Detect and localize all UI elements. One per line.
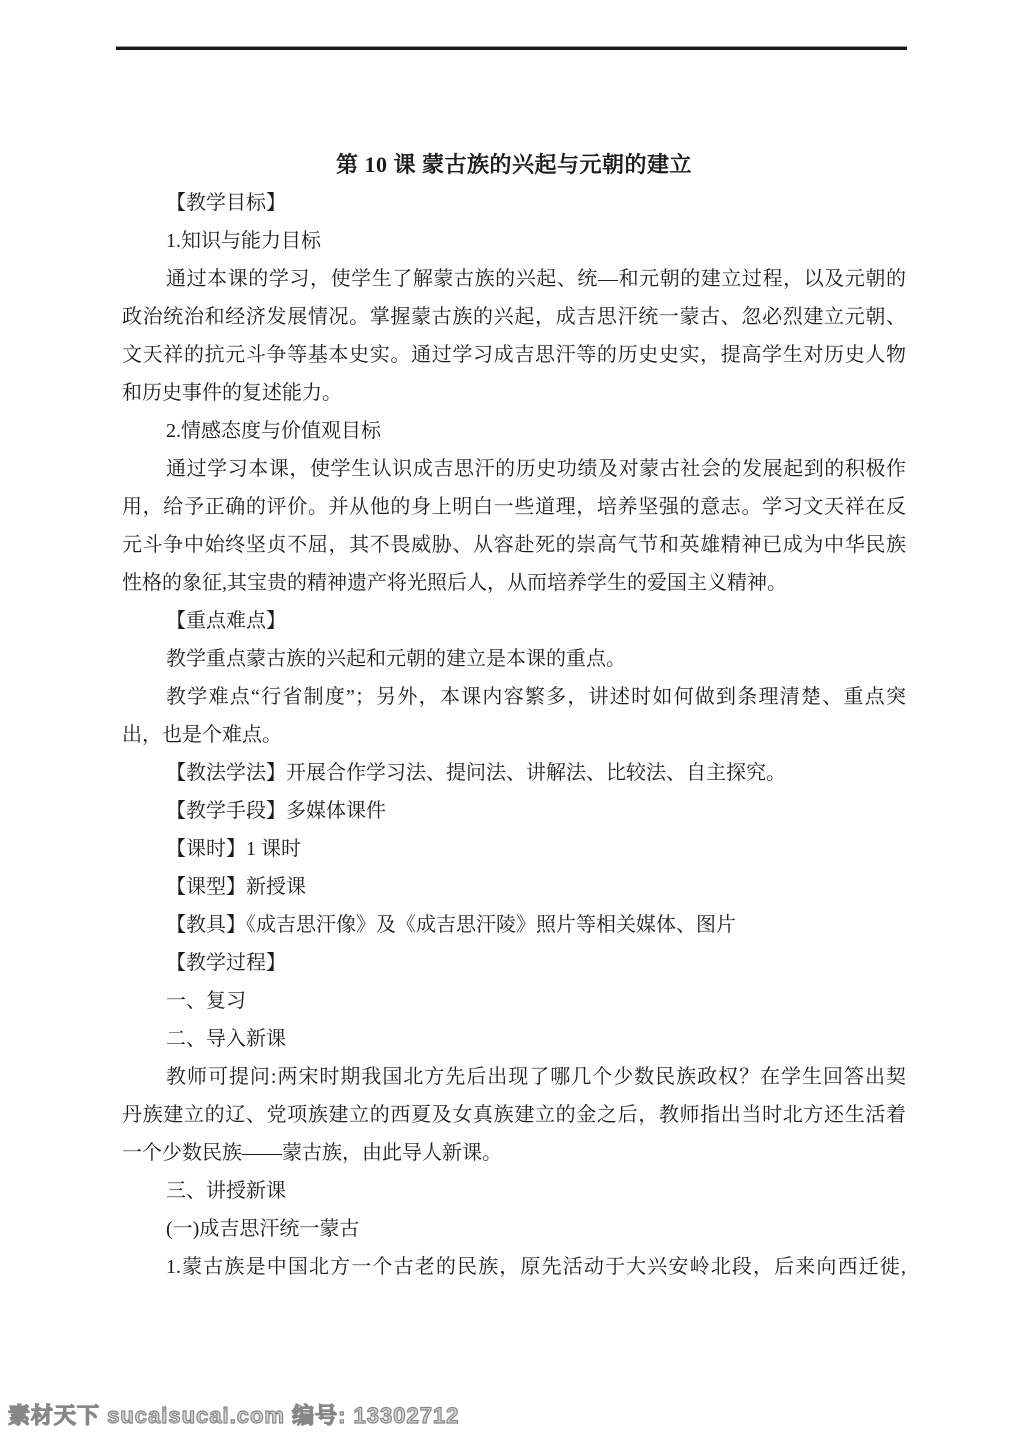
text-line: 【课型】新授课	[122, 868, 906, 906]
text-line: 【教具】《成吉思汗像》及《成吉思汗陵》照片等相关媒体、图片	[122, 906, 906, 944]
text-line: 【重点难点】	[122, 602, 906, 640]
document-page: 第 10 课 蒙古族的兴起与元朝的建立 【教学目标】1.知识与能力目标通过本课的…	[0, 0, 1024, 1442]
text-line: 【教学过程】	[122, 944, 906, 982]
header-rule	[116, 46, 907, 50]
text-line: 1.蒙古族是中国北方一个古老的民族，原先活动于大兴安岭北段，后来向西迁徙,	[122, 1248, 906, 1286]
text-line: 教师可提问:两宋时期我国北方先后出现了哪几个少数民族政权？在学生回答出契	[122, 1058, 906, 1096]
document-content: 第 10 课 蒙古族的兴起与元朝的建立 【教学目标】1.知识与能力目标通过本课的…	[122, 146, 906, 1286]
text-line: 通过学习本课，使学生认识成吉思汗的历史功绩及对蒙古社会的发展起到的积极作	[122, 450, 906, 488]
text-line: 性格的象征,其宝贵的精神遗产将光照后人，从而培养学生的爱国主义精神。	[122, 564, 906, 602]
text-line: 2.情感态度与价值观目标	[122, 412, 906, 450]
text-line: 一、复习	[122, 982, 906, 1020]
text-line: 一个少数民族——蒙古族，由此导人新课。	[122, 1134, 906, 1172]
text-line: 1.知识与能力目标	[122, 222, 906, 260]
watermark-footer: 素材天下 sucaisucai.com 编号: 13302712	[8, 1399, 459, 1433]
text-line: 教学难点“行省制度”；另外，本课内容繁多，讲述时如何做到条理清楚、重点突	[122, 678, 906, 716]
text-line: (一)成吉思汗统一蒙古	[122, 1210, 906, 1248]
text-line: 用，给予正确的评价。并从他的身上明白一些道理，培养坚强的意志。学习文天祥在反	[122, 488, 906, 526]
text-line: 政治统治和经济发展情况。掌握蒙古族的兴起，成吉思汗统一蒙古、忽必烈建立元朝、	[122, 298, 906, 336]
text-line: 【教学目标】	[122, 184, 906, 222]
text-line: 【教学手段】多媒体课件	[122, 792, 906, 830]
text-line: 文天祥的抗元斗争等基本史实。通过学习成吉思汗等的历史史实，提高学生对历史人物	[122, 336, 906, 374]
text-line: 丹族建立的辽、党项族建立的西夏及女真族建立的金之后，教师指出当时北方还生活着	[122, 1096, 906, 1134]
text-line: 【课时】1 课时	[122, 830, 906, 868]
text-line: 出，也是个难点。	[122, 716, 906, 754]
document-title: 第 10 课 蒙古族的兴起与元朝的建立	[122, 146, 906, 184]
text-line: 元斗争中始终坚贞不屈，其不畏威胁、从容赴死的崇高气节和英雄精神已成为中华民族	[122, 526, 906, 564]
text-line: 【教法学法】开展合作学习法、提问法、讲解法、比较法、自主探究。	[122, 754, 906, 792]
text-line: 二、导入新课	[122, 1020, 906, 1058]
text-line: 教学重点蒙古族的兴起和元朝的建立是本课的重点。	[122, 640, 906, 678]
text-line: 和历史事件的复述能力。	[122, 374, 906, 412]
text-line: 三、讲授新课	[122, 1172, 906, 1210]
document-body: 【教学目标】1.知识与能力目标通过本课的学习，使学生了解蒙古族的兴起、统—和元朝…	[122, 184, 906, 1286]
text-line: 通过本课的学习，使学生了解蒙古族的兴起、统—和元朝的建立过程，以及元朝的	[122, 260, 906, 298]
